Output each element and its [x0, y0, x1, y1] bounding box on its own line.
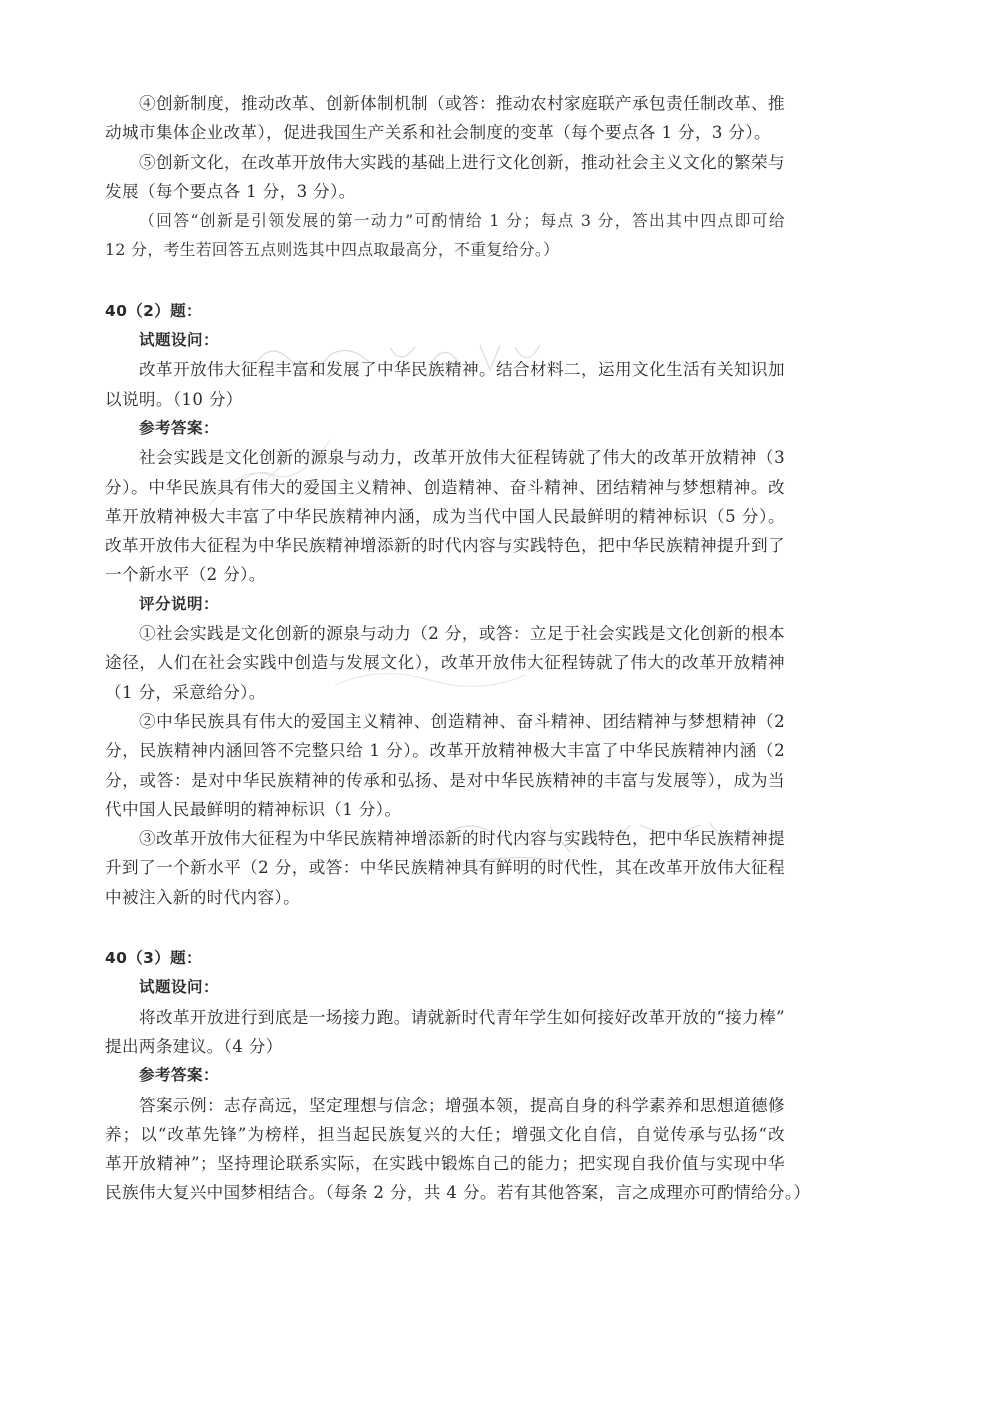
- answer-label: 参考答案：: [105, 1061, 785, 1090]
- text-line: ④创新制度，推动改革、创新体制机制（或答：推动农村家庭联产承包责任制改革、推: [105, 89, 785, 118]
- text-line: （1 分，采意给分）。: [105, 678, 785, 707]
- scoring-item-1: ①社会实践是文化创新的源泉与动力（2 分，或答：立足于社会实践是文化创新的根本 …: [105, 619, 785, 707]
- text-line: 分，民族精神内涵回答不完整只给 1 分）。改革开放精神极大丰富了中华民族精神内涵…: [105, 736, 785, 765]
- text-line: 社会实践是文化创新的源泉与动力，改革开放伟大征程铸就了伟大的改革开放精神（3: [105, 443, 785, 472]
- text-line: 革开放精神极大丰富了中华民族精神内涵，成为当代中国人民最鲜明的精神标识（5 分）…: [105, 502, 785, 531]
- text-line: 12 分，考生若回答五点则选其中四点取最高分，不重复给分。）: [105, 235, 785, 264]
- text-line: （回答“创新是引领发展的第一动力”可酌情给 1 分；每点 3 分，答出其中四点即…: [105, 206, 785, 235]
- section-spacer: [105, 265, 785, 297]
- text-line: 动城市集体企业改革），促进我国生产关系和社会制度的变革（每个要点各 1 分，3 …: [105, 118, 785, 147]
- text-line: ③改革开放伟大征程为中华民族精神增添新的时代内容与实践特色，把中华民族精神提: [105, 824, 785, 853]
- text-line: 发展（每个要点各 1 分，3 分）。: [105, 177, 785, 206]
- question-40-3: 40（3）题： 试题设问： 将改革开放进行到底是一场接力跑。请就新时代青年学生如…: [105, 944, 785, 1208]
- text-line: 一个新水平（2 分）。: [105, 560, 785, 589]
- answer-label: 参考答案：: [105, 414, 785, 443]
- answer-key-page: ④创新制度，推动改革、创新体制机制（或答：推动农村家庭联产承包责任制改革、推 动…: [105, 89, 785, 1208]
- text-line: ⑤创新文化，在改革开放伟大实践的基础上进行文化创新，推动社会主义文化的繁荣与: [105, 148, 785, 177]
- scoring-item-5: ⑤创新文化，在改革开放伟大实践的基础上进行文化创新，推动社会主义文化的繁荣与 发…: [105, 148, 785, 207]
- question-number: 40（3）题：: [105, 944, 785, 973]
- scoring-label: 评分说明：: [105, 590, 785, 619]
- scoring-note: （回答“创新是引领发展的第一动力”可酌情给 1 分；每点 3 分，答出其中四点即…: [105, 206, 785, 265]
- question-text: 将改革开放进行到底是一场接力跑。请就新时代青年学生如何接好改革开放的“接力棒” …: [105, 1003, 785, 1062]
- scoring-item-4: ④创新制度，推动改革、创新体制机制（或答：推动农村家庭联产承包责任制改革、推 动…: [105, 89, 785, 148]
- text-line: 民族伟大复兴中国梦相结合。（每条 2 分，共 4 分。若有其他答案，言之成理亦可…: [105, 1178, 785, 1207]
- question-label: 试题设问：: [105, 326, 785, 355]
- text-line: 答案示例：志存高远，坚定理想与信念；增强本领，提高自身的科学素养和思想道德修: [105, 1091, 785, 1120]
- text-line: 革开放精神”；坚持理论联系实际，在实践中锻炼自己的能力；把实现自我价值与实现中华: [105, 1149, 785, 1178]
- answer-text: 社会实践是文化创新的源泉与动力，改革开放伟大征程铸就了伟大的改革开放精神（3 分…: [105, 443, 785, 589]
- question-40-2: 40（2）题： 试题设问： 改革开放伟大征程丰富和发展了中华民族精神。结合材料二…: [105, 297, 785, 912]
- text-line: 改革开放伟大征程丰富和发展了中华民族精神。结合材料二，运用文化生活有关知识加: [105, 355, 785, 384]
- text-line: 中被注入新的时代内容）。: [105, 883, 785, 912]
- scoring-item-2: ②中华民族具有伟大的爱国主义精神、创造精神、奋斗精神、团结精神与梦想精神（2 分…: [105, 707, 785, 824]
- text-line: 改革开放伟大征程为中华民族精神增添新的时代内容与实践特色，把中华民族精神提升到了: [105, 531, 785, 560]
- text-line: 升到了一个新水平（2 分，或答：中华民族精神具有鲜明的时代性，其在改革开放伟大征…: [105, 853, 785, 882]
- text-line: 提出两条建议。（4 分）: [105, 1032, 785, 1061]
- answer-text: 答案示例：志存高远，坚定理想与信念；增强本领，提高自身的科学素养和思想道德修 养…: [105, 1091, 785, 1208]
- text-line: 代中国人民最鲜明的精神标识（1 分）。: [105, 795, 785, 824]
- text-line: 分）。中华民族具有伟大的爱国主义精神、创造精神、奋斗精神、团结精神与梦想精神。改: [105, 473, 785, 502]
- text-line: ②中华民族具有伟大的爱国主义精神、创造精神、奋斗精神、团结精神与梦想精神（2: [105, 707, 785, 736]
- section-spacer: [105, 912, 785, 944]
- section-39-tail: ④创新制度，推动改革、创新体制机制（或答：推动农村家庭联产承包责任制改革、推 动…: [105, 89, 785, 265]
- text-line: 途径，人们在社会实践中创造与发展文化），改革开放伟大征程铸就了伟大的改革开放精神: [105, 648, 785, 677]
- text-line: 将改革开放进行到底是一场接力跑。请就新时代青年学生如何接好改革开放的“接力棒”: [105, 1003, 785, 1032]
- text-line: 养；以“改革先锋”为榜样，担当起民族复兴的大任；增强文化自信，自觉传承与弘扬“改: [105, 1120, 785, 1149]
- question-number: 40（2）题：: [105, 297, 785, 326]
- text-line: 分，或答：是对中华民族精神的传承和弘扬、是对中华民族精神的丰富与发展等），成为当: [105, 766, 785, 795]
- text-line: 以说明。（10 分）: [105, 385, 785, 414]
- question-text: 改革开放伟大征程丰富和发展了中华民族精神。结合材料二，运用文化生活有关知识加 以…: [105, 355, 785, 414]
- text-line: ①社会实践是文化创新的源泉与动力（2 分，或答：立足于社会实践是文化创新的根本: [105, 619, 785, 648]
- question-label: 试题设问：: [105, 973, 785, 1002]
- scoring-item-3: ③改革开放伟大征程为中华民族精神增添新的时代内容与实践特色，把中华民族精神提 升…: [105, 824, 785, 912]
